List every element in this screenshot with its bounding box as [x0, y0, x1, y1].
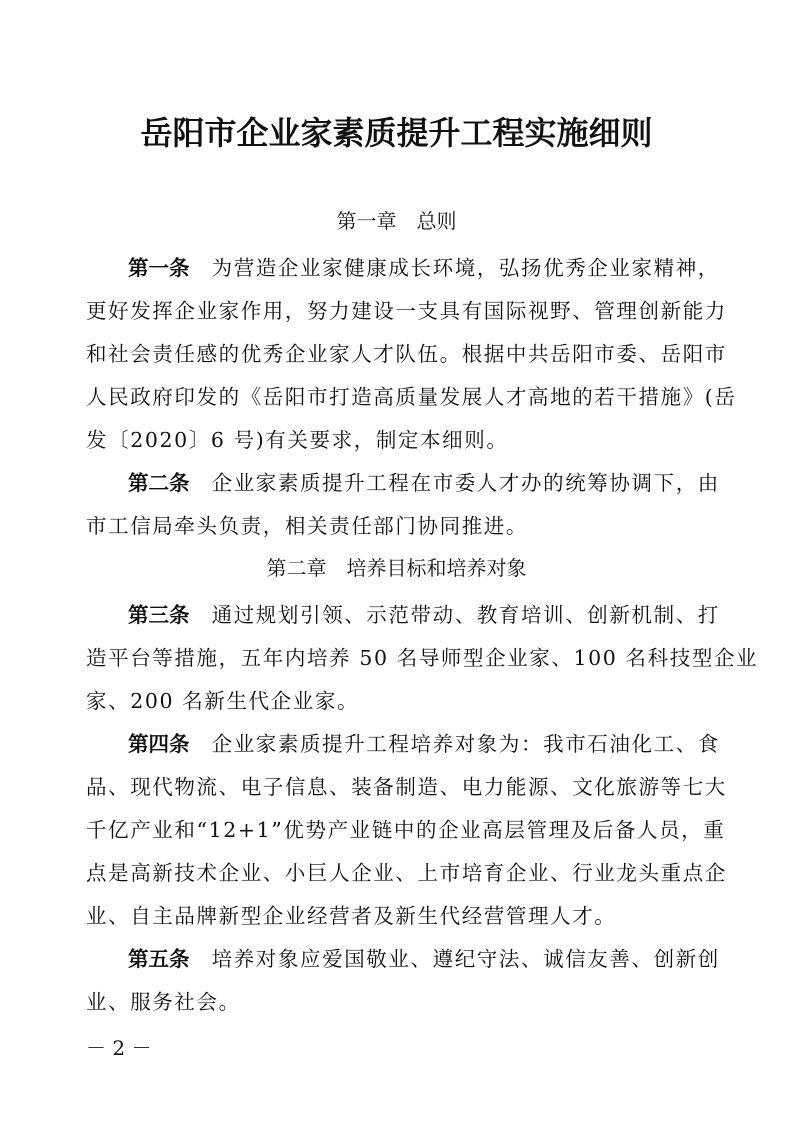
article-label: 第一条 — [128, 256, 190, 280]
article-line: 业、服务社会。 — [86, 985, 708, 1015]
article-line: 第二条 企业家素质提升工程在市委人才办的统筹协调下，由 — [128, 466, 708, 496]
article-line: 点是高新技术企业、小巨人企业、上市培育企业、行业龙头重点企 — [86, 856, 708, 886]
article-line: 第五条 培养对象应爱国敬业、遵纪守法、诚信友善、创新创 — [128, 942, 708, 972]
article-line: 造平台等措施，五年内培养 50 名导师型企业家、100 名科技型企业 — [86, 641, 708, 671]
article-label: 第五条 — [128, 947, 190, 971]
article-label: 第三条 — [128, 603, 190, 627]
article-line: 品、现代物流、电子信息、装备制造、电力能源、文化旅游等七大 — [86, 770, 708, 800]
article-line: 家、200 名新生代企业家。 — [86, 684, 708, 714]
article-line: 市工信局牵头负责，相关责任部门协同推进。 — [86, 509, 708, 539]
article-line: 发〔2020〕6 号)有关要求，制定本细则。 — [86, 423, 708, 453]
chapter-heading: 第二章 培养目标和培养对象 — [0, 552, 793, 581]
article-line: 更好发挥企业家作用，努力建设一支具有国际视野、管理创新能力 — [86, 294, 708, 324]
document-title: 岳阳市企业家素质提升工程实施细则 — [0, 108, 793, 154]
article-label: 第四条 — [128, 732, 190, 756]
article-line: 第一条 为营造企业家健康成长环境，弘扬优秀企业家精神， — [128, 251, 708, 281]
article-line: 和社会责任感的优秀企业家人才队伍。根据中共岳阳市委、岳阳市 — [86, 337, 708, 367]
article-line: 第三条 通过规划引领、示范带动、教育培训、创新机制、打 — [128, 598, 708, 628]
chapter-heading: 第一章 总则 — [0, 205, 793, 234]
page-number: － 2 － — [86, 1032, 151, 1061]
article-line: 人民政府印发的《岳阳市打造高质量发展人才高地的若干措施》(岳 — [86, 380, 708, 410]
article-label: 第二条 — [128, 471, 190, 495]
article-line: 千亿产业和“12+1”优势产业链中的企业高层管理及后备人员，重 — [86, 813, 708, 843]
article-line: 业、自主品牌新型企业经营者及新生代经营管理人才。 — [86, 899, 708, 929]
article-line: 第四条 企业家素质提升工程培养对象为：我市石油化工、食 — [128, 727, 708, 757]
